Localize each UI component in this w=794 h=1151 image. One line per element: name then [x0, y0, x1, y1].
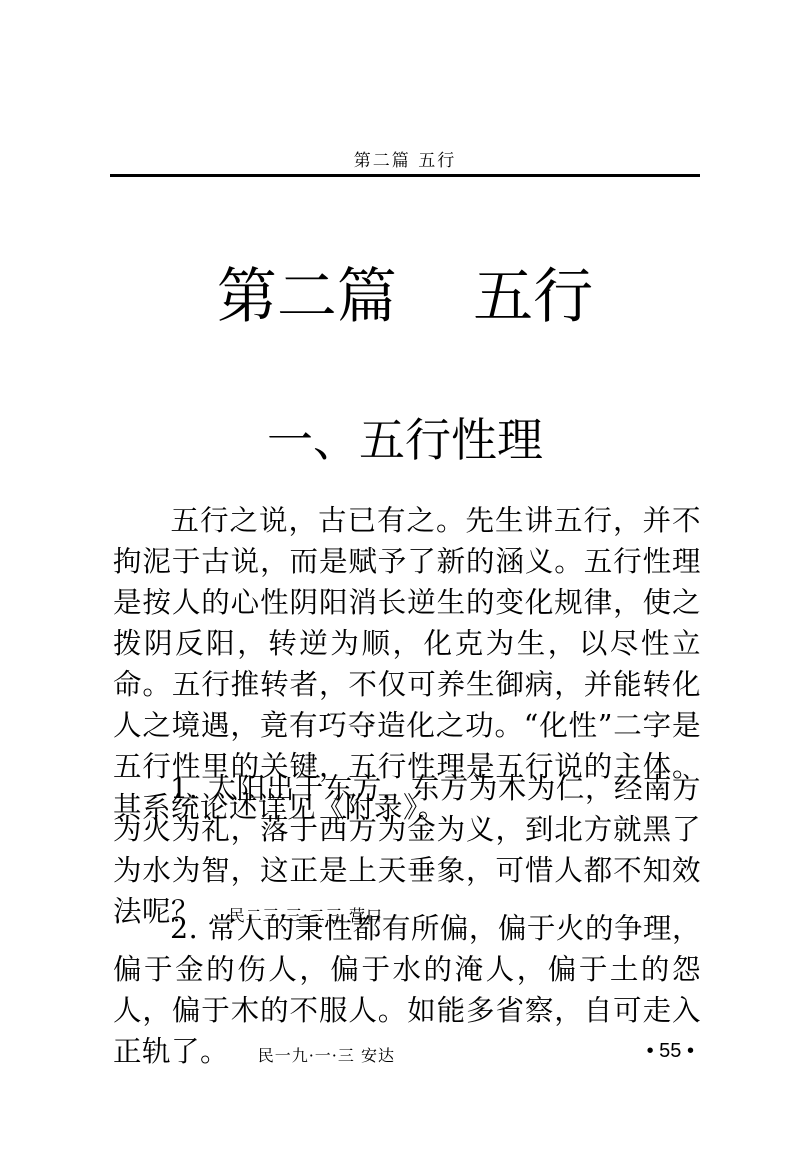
paragraph-text: 2. 常人的秉性都有所偏，偏于火的争理，偏于金的伤人，偏于水的淹人，偏于土的怨人… — [113, 912, 701, 1068]
source-note: 民一九·一·三 安达 — [258, 1046, 395, 1065]
chapter-title: 第二篇 五行 — [110, 262, 700, 332]
page-number: • 55 • — [647, 1040, 694, 1063]
paragraph-text: 1. 太阳出于东方，东方为木为仁，经南方为火为礼，落于西方为金为义，到北方就黑了… — [113, 772, 701, 928]
running-head: 第二篇 五行 — [110, 146, 700, 171]
header-rule — [110, 174, 700, 177]
section-title: 一、五行性理 — [110, 412, 700, 468]
paragraph-item-2: 2. 常人的秉性都有所偏，偏于火的争理，偏于金的伤人，偏于水的淹人，偏于土的怨人… — [113, 908, 701, 1076]
